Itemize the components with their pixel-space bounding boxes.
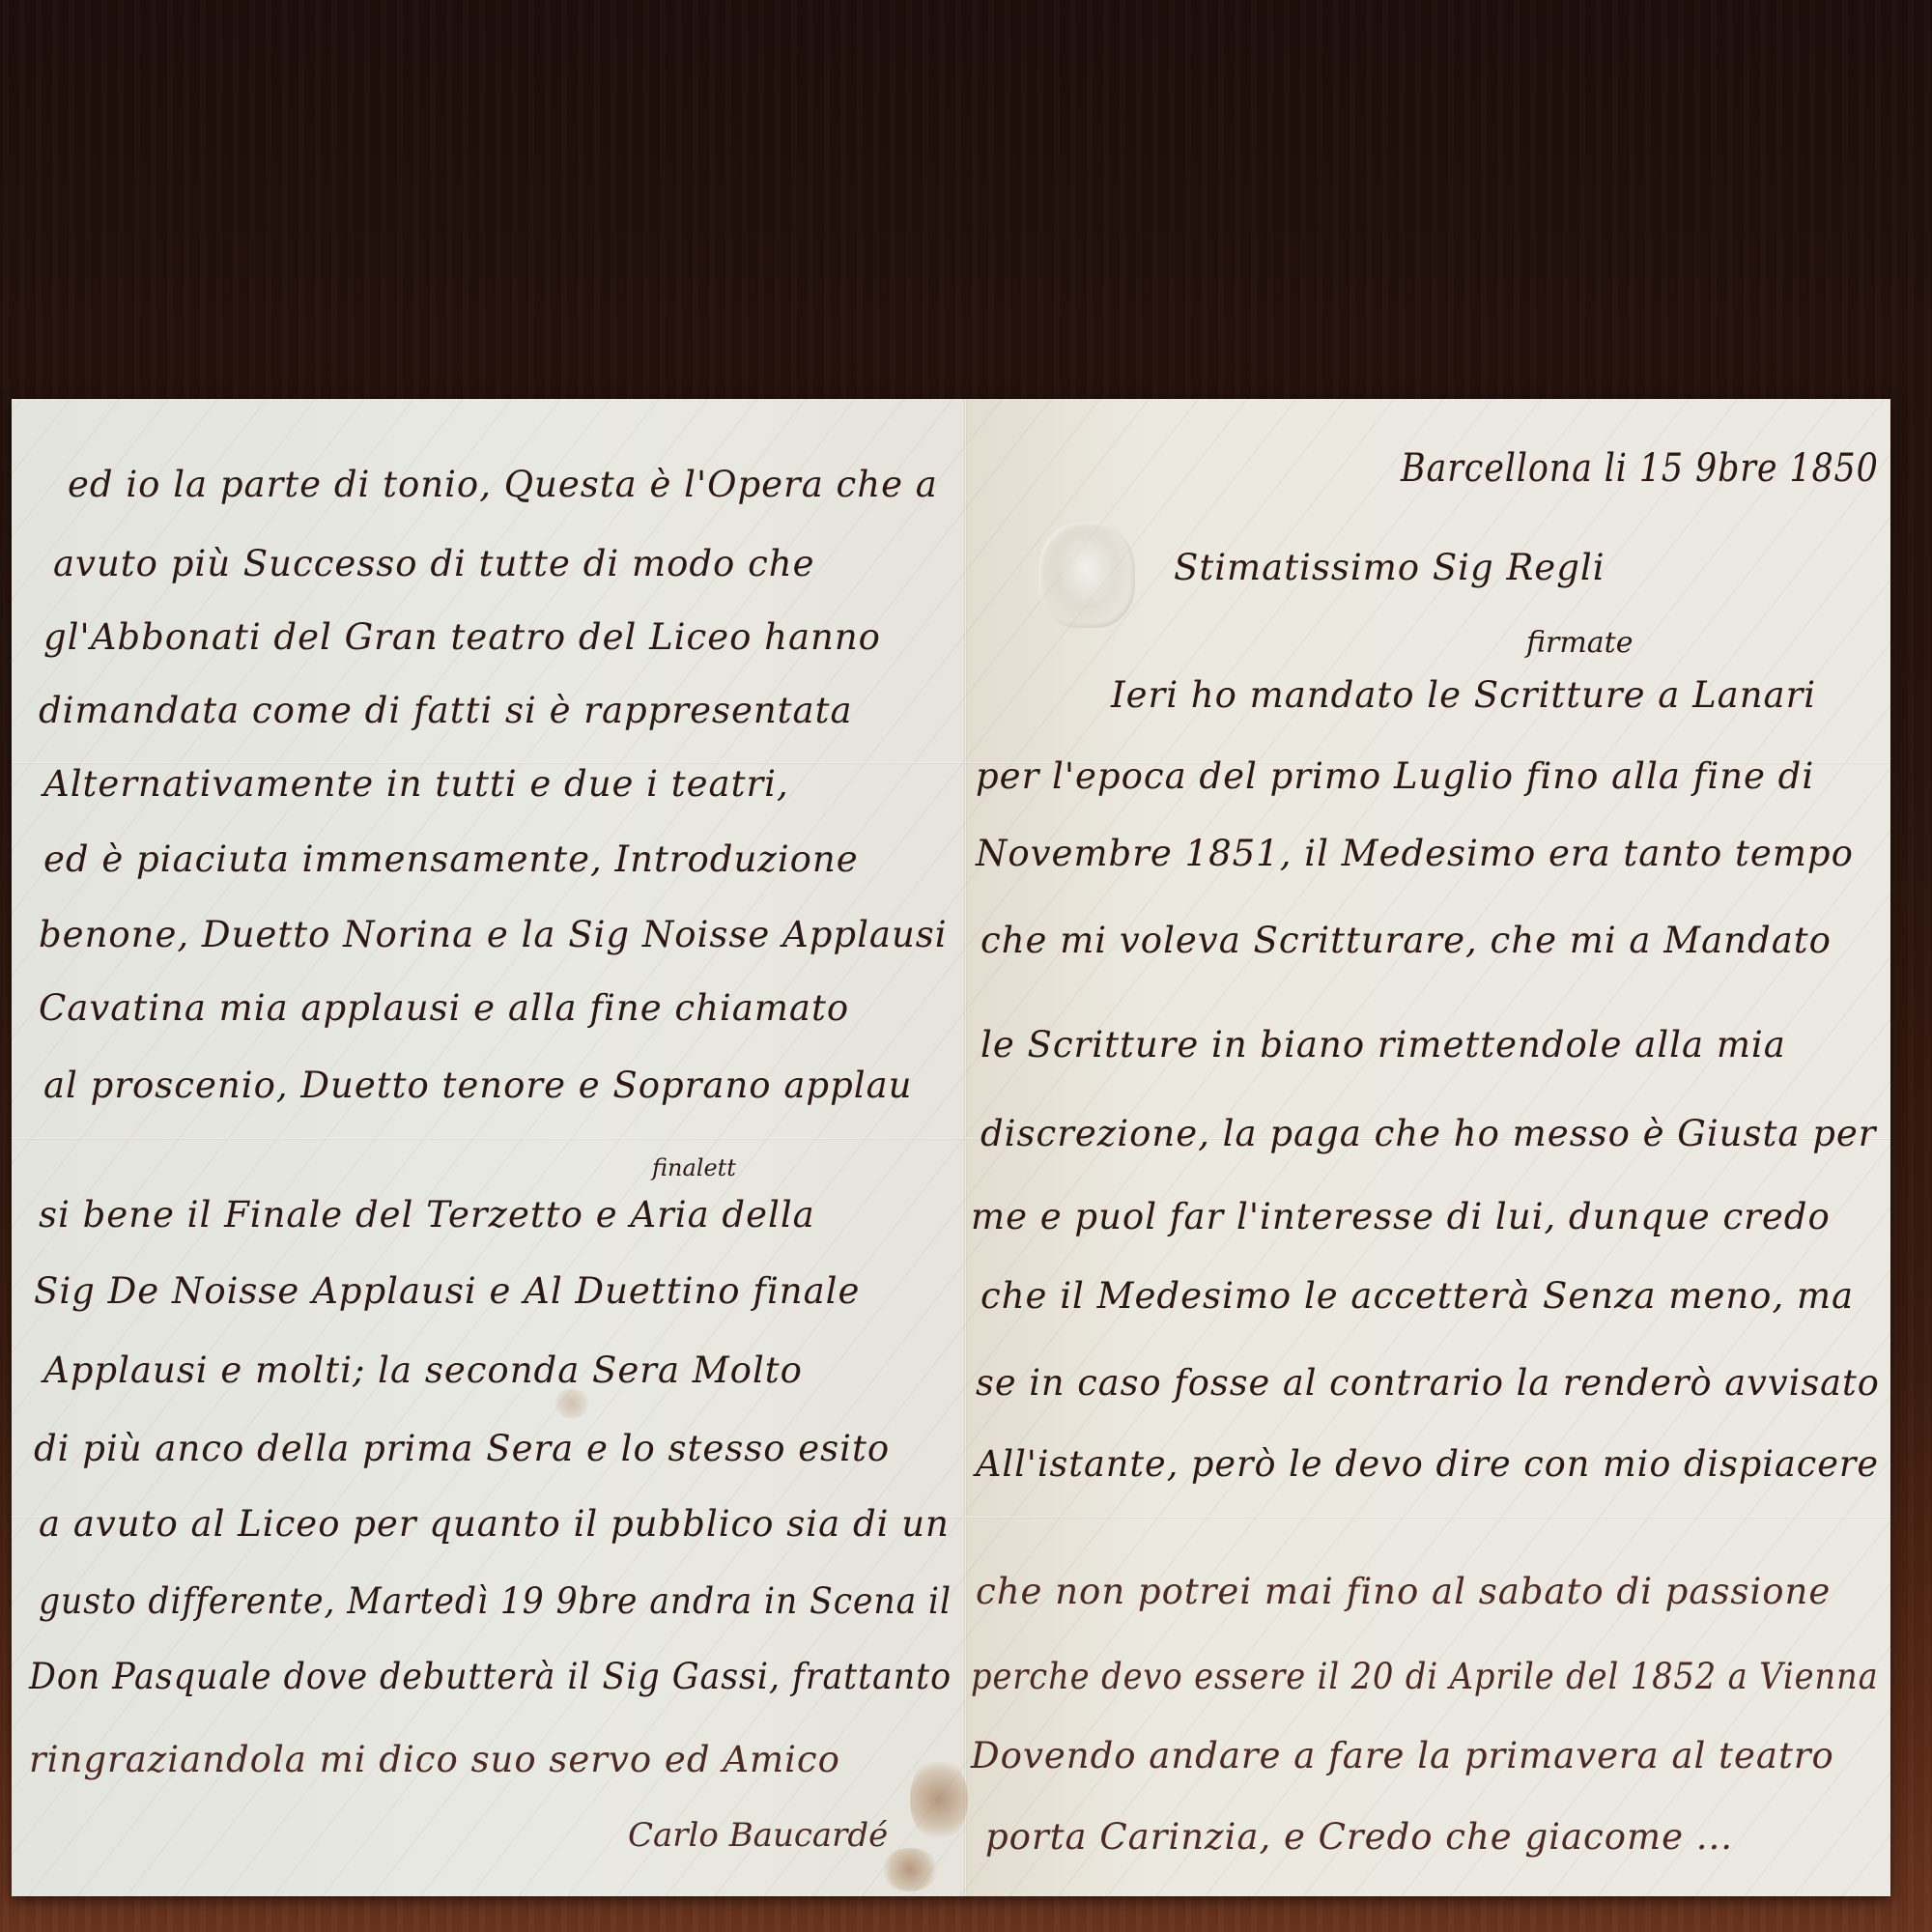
interlinear-insertion: firmate xyxy=(1526,626,1634,660)
letter-line: avuto più Successo di tutte di modo che xyxy=(53,543,815,584)
letter-line: discrezione, la paga che ho messo è Gius… xyxy=(980,1113,1876,1154)
letter-line: si bene il Finale del Terzetto e Aria de… xyxy=(39,1194,815,1236)
letter-line: dimandata come di fatti si è rappresenta… xyxy=(39,690,853,731)
letter-line: che mi voleva Scritturare, che mi a Mand… xyxy=(980,920,1832,961)
ink-stain xyxy=(881,1848,939,1891)
letter-line: per l'epoca del primo Luglio fino alla f… xyxy=(976,755,1814,797)
letter-line: ringraziandola mi dico suo servo ed Amic… xyxy=(29,1739,840,1780)
letter-line: Don Pasquale dove debutterà il Sig Gassi… xyxy=(29,1656,952,1697)
letter-line: Ieri ho mandato le Scritture a Lanari xyxy=(1111,674,1816,716)
letter-line: che non potrei mai fino al sabato di pas… xyxy=(976,1571,1831,1612)
letter-line: ed è piaciuta immensamente, Introduzione xyxy=(43,838,859,880)
letter-line: ed io la parte di tonio, Questa è l'Oper… xyxy=(68,464,938,505)
letter-line: gusto differente, Martedì 19 9bre andra … xyxy=(39,1580,952,1622)
embossed-seal-icon xyxy=(1038,522,1135,628)
center-fold xyxy=(964,399,967,1896)
letter-line: Novembre 1851, il Medesimo era tanto tem… xyxy=(976,833,1854,874)
letter-line: che il Medesimo le accetterà Senza meno,… xyxy=(980,1275,1854,1317)
letter-line: benone, Duetto Norina e la Sig Noisse Ap… xyxy=(39,914,948,955)
dateline: Barcellona li 15 9bre 1850 xyxy=(1401,446,1879,491)
letter-line: le Scritture in biano rimettendole alla … xyxy=(980,1024,1786,1065)
letter-line: me e puol far l'interesse di lui, dunque… xyxy=(971,1196,1831,1237)
letter-line: Alternativamente in tutti e due i teatri… xyxy=(43,763,789,805)
letter-line: se in caso fosse al contrario la renderò… xyxy=(976,1362,1880,1404)
letter-line: al proscenio, Duetto tenore e Soprano ap… xyxy=(43,1065,912,1106)
letter-line: porta Carinzia, e Credo che giacome ... xyxy=(985,1816,1733,1858)
ink-stain xyxy=(910,1756,968,1843)
letter-line: perche devo essere il 20 di Aprile del 1… xyxy=(971,1656,1879,1697)
letter-line: Cavatina mia applausi e alla fine chiama… xyxy=(39,987,849,1029)
ink-stain xyxy=(553,1389,591,1418)
letter-line: Applausi e molti; la seconda Sera Molto xyxy=(43,1350,803,1391)
salutation: Stimatissimo Sig Regli xyxy=(1174,547,1605,588)
letter-line: a avuto al Liceo per quanto il pubblico … xyxy=(39,1503,950,1545)
letter-line: di più anco della prima Sera e lo stesso… xyxy=(34,1428,890,1469)
letter-line: Sig De Noisse Applausi e Al Duettino fin… xyxy=(34,1270,860,1312)
interlinear-insertion: finalett xyxy=(652,1154,736,1181)
letter-line: All'istante, però le devo dire con mio d… xyxy=(976,1443,1879,1485)
letter-line: gl'Abbonati del Gran teatro del Liceo ha… xyxy=(43,616,881,658)
signature: Carlo Baucardé xyxy=(628,1816,888,1855)
letter-line: Dovendo andare a fare la primavera al te… xyxy=(971,1735,1834,1776)
